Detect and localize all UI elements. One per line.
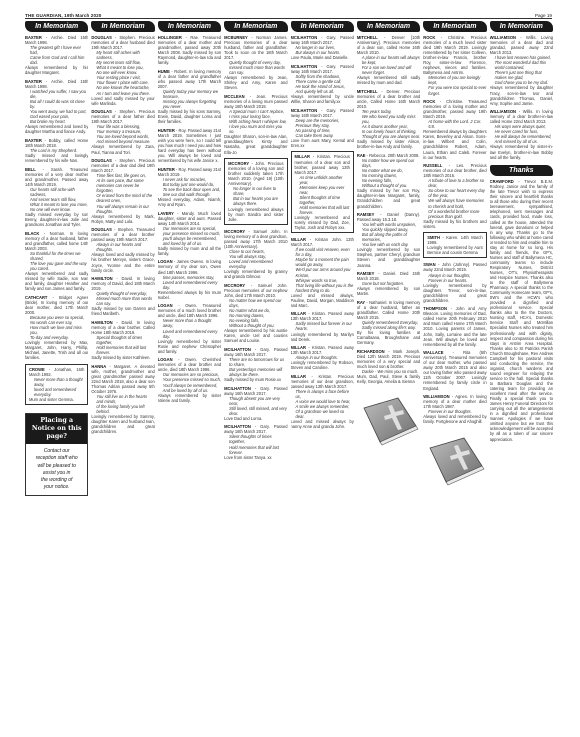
notice-verse: Time flies fast, life goes on, At its ow… <box>91 173 154 213</box>
notice-verse: Special thoughts of times together, Hold… <box>91 335 154 355</box>
notice-signature: By his loving families at Carnaltaana, B… <box>357 330 420 345</box>
memorial-notice: LOGAN - Owen. Treasured memories of a mu… <box>158 303 221 353</box>
notice-text: - Christine. Precious memories of a much… <box>423 35 486 75</box>
memorial-notice: WILLIAMSON - Agnes. In loving memory of … <box>423 394 486 424</box>
memorial-notice: MCILHATTON - Gary. Passed away 16th Marc… <box>224 347 287 382</box>
column-2: In MemoriamDOUGLAS - Stephen. Precious m… <box>91 21 154 731</box>
column-7: In MemoriamROCK - Christine. Precious me… <box>423 21 486 731</box>
notice-verse: Quietly thought of every day, missed muc… <box>224 60 287 75</box>
bible-icon <box>358 396 420 446</box>
notice-signature: Lovingly remembered by granny and granda… <box>224 269 287 279</box>
memorial-notice: LOGAN - Owen. Cherished memories of a de… <box>158 357 221 402</box>
notice-signature: Loved and missed always by nanny Anne an… <box>291 419 354 429</box>
notice-verse: I never ask for miracles, But today just… <box>158 177 221 197</box>
notice-verse: You left with words unspoken, You quickl… <box>357 222 420 247</box>
notice-signature: Lovingly remembered by Robson, Steven an… <box>291 360 354 370</box>
memorial-notice: HUNTER - Roy. Passed away 21st March 201… <box>158 167 221 207</box>
notice-verse: I have lost Heaven has gained, The most … <box>490 55 553 85</box>
memorial-notice: SMITH - Karen. 14th March 1998.Lovingly … <box>423 232 486 258</box>
memorial-notice: MCILHATTON - Gary. Passed away 16th Marc… <box>291 64 354 104</box>
column-8: In MemoriamWILLIAMSON - Willis. Loving m… <box>490 21 553 731</box>
notice-verse: At home with the Lord. 2 Cor. 5:8. <box>423 119 486 129</box>
notice-text: - Rae. Treasured memories of a dear moth… <box>158 35 221 65</box>
memorial-notice: HUME - Robert. In loving memory of a dea… <box>158 69 221 125</box>
section-heading-in-memoriam: In Memoriam <box>224 21 287 32</box>
memorial-notice: HANNA - Margaret. A devoted wife, mother… <box>91 364 154 435</box>
memorial-notice: BAXTER - Bobby, called Home 18th March 2… <box>25 138 88 163</box>
notice-signature: Always remembered and sadly missed by wi… <box>25 271 88 291</box>
notice-signature: Lovingly remembered by Aunt Bernice and … <box>427 245 482 255</box>
notice-signature: Mum and sister Gemma. <box>29 397 84 402</box>
header-rule <box>25 18 552 19</box>
notice-signature: Love from sister Tanya. xx <box>224 455 287 460</box>
notice-verse: Our hearts still ache with sadness, And … <box>25 187 88 212</box>
memorial-notice: CRAWFORD - Trevor B.E.M. Rodney, Janice … <box>490 179 553 441</box>
notice-signature: Missed everyday, Adam, Niamh, Amy and Ry… <box>158 197 221 207</box>
bible-illustration <box>423 436 486 486</box>
memorial-notice: MCILHATTON - Gary. Passed away 16th Marc… <box>224 386 287 421</box>
memorial-notice: DOUGLAS - Stephen. Precious memories of … <box>91 158 154 224</box>
notice-verse: Our memories are so precious, Your prese… <box>158 372 221 392</box>
notice-signature: Love Paula, Marie and Danielle. <box>291 55 354 60</box>
notice-verse: I watched you suffer, I saw you die, But… <box>25 89 88 124</box>
memorial-notice: MCCRORY - Samuel John. In loving memory … <box>224 229 287 279</box>
notice-verse: Sadly missed but forever in our hearts. <box>291 321 354 331</box>
notice-verse: As time unfolds another year, Memories k… <box>295 175 350 215</box>
memorial-notice: SWAN - John (Johnny). Passed away 22nd M… <box>423 262 486 302</box>
memorial-notice: HAMILTON - David. In loving memory of Da… <box>91 276 154 316</box>
bible-icon <box>424 436 486 486</box>
section-heading-in-memoriam: In Memoriam <box>91 21 154 32</box>
notice-signature: Sadly missed by mum Rosie.xx <box>224 377 287 382</box>
memorial-notice: MCILHATTON - Gary. Passed away 16th Marc… <box>291 108 354 148</box>
memorial-notice: RUSSELL - Les. Precious memories of our … <box>423 163 486 229</box>
notice-verse: Though absent you are very near, Still l… <box>224 396 287 416</box>
notice-verse: There are no tomorrows for us to share, … <box>224 357 287 377</box>
notice-signature: Lovingly remembered by Sammy, daughter K… <box>91 414 154 434</box>
notice-verse: A Special mum I can't replace, I miss yo… <box>224 109 287 134</box>
notice-signature: Lovingly remembered always by mum Sandra… <box>228 207 283 222</box>
notice-verse: Your life was a blessing, Your memory a … <box>91 124 154 144</box>
notice-verse: No matter how we spend our days, No matt… <box>224 298 287 328</box>
notice-signature: Lovingly remembered by son Stephen, part… <box>357 247 420 267</box>
notice-signature: Daughter Sharon, son-in-law Alan, grandd… <box>224 134 287 154</box>
notice-verse: Never more than a thought away, Loved an… <box>158 318 221 338</box>
column-4: In MemoriamMCBURNEY - Norman James. Prec… <box>224 21 287 731</box>
notice-verse: Never more than a thought away, loved an… <box>29 377 84 397</box>
notice-signature: Always remembered by Mark, Robyn, Matty … <box>91 214 154 224</box>
memorial-notice: HUNTER - Roy. Passed away 21st March 201… <box>158 128 221 163</box>
memorial-notice: MCBURNEY - Norman James. Precious memori… <box>224 35 287 91</box>
notice-signature: Sadly missed by his sons Sammy, Erwin, D… <box>158 109 221 124</box>
notice-text: - Margaret. A devoted wife, mother, gran… <box>91 364 154 394</box>
memorial-notice: RAMSEY - Daniel (Danny). Passed away 15.… <box>357 212 420 268</box>
notice-verse: No longer in our lives to share, But in … <box>228 186 283 206</box>
column-5: In MemoriamMCILHATTON - Gary. Passed awa… <box>291 21 354 731</box>
notice-signature: Sadly missed everyday by son Benny, daug… <box>25 212 88 227</box>
notice-verse: Silent thoughts of times together, Hold … <box>224 434 287 454</box>
notice-verse: The greatest gift I have ever had, Came … <box>25 45 88 65</box>
notice-verse: No longer in our lives, But always in ou… <box>291 45 354 55</box>
memorial-notice: MILLAR - Kristan John. 13th March 2017.I… <box>291 237 354 308</box>
notice-verse: Our memories are so special, your presen… <box>158 226 221 246</box>
notice-signature: Always remembered by Zara, Paul, Tianna … <box>91 144 154 154</box>
memorial-notice: LAVERY - Mandy. Much loved daughter, sis… <box>158 211 221 256</box>
memorial-notice: RAE - Rebecca. 20th March 2008.No matter… <box>357 153 420 209</box>
notice-verse: Quietly thought of everyday, Missed much… <box>91 291 154 306</box>
memorial-notice: MILLAR - Kristan. Precious memories of a… <box>291 151 354 233</box>
memorial-notice: BAXTER - Archie. Died 15th March 1998.Th… <box>25 35 88 75</box>
bible-illustration <box>357 396 420 446</box>
notice-signature: Loved and missed always, Pauline, David,… <box>291 293 354 308</box>
notice-signature: Lovingly remembered by daughters Trevor,… <box>423 283 486 303</box>
section-heading-in-memoriam: In Memoriam <box>158 21 221 32</box>
notice-signature: Sadly missed and lovingly remembered by … <box>25 153 88 163</box>
memorial-notice: CATHCART - Bridget Agnes (Bride). In lov… <box>25 295 88 361</box>
memorial-notice: THOMPSON - John and Amy Bleacon. Loving … <box>423 306 486 346</box>
notice-text: - Roy. Passed away 21st March 2019. Some… <box>158 128 221 163</box>
memorial-notice: MILLAR - Kristan. Passed away 13th March… <box>291 345 354 370</box>
notice-text: - Trevor B.E.M. Rodney, Janice and the f… <box>490 179 553 441</box>
notice-signature: Always remembered by sister Valerie and … <box>158 393 221 403</box>
notice-signature: Always remembered and loved by daughter … <box>25 124 88 134</box>
memorial-notice: MCILHATTON - Gary. Passed away 16th Marc… <box>224 424 287 459</box>
column-3: In MemoriamHOLLINGER - Rae. Treasured me… <box>158 21 221 731</box>
section-heading-in-memoriam: In Memoriam <box>423 21 486 32</box>
notice-verse: Always in our thoughts, Forever in our h… <box>423 273 486 283</box>
notice-signature: Remembered always by his mum Isobel. <box>158 290 221 300</box>
notice-verse: Close to our hearts, You will always sta… <box>224 249 287 269</box>
memorial-notice: HAMILTON - David. In loving memory of a … <box>91 320 154 360</box>
notice-signature: Sadly missed by sister Alison, brother-i… <box>357 139 420 149</box>
section-heading-thanks: Thanks <box>490 165 553 176</box>
memorial-notice: RAMSEY - Daniel. Died 15th March 2018.Go… <box>357 271 420 296</box>
placing-notice-heading: Placing a Notice on this page? <box>26 414 87 444</box>
notice-signature: Sadly missed by his brothers and sisters… <box>423 219 486 229</box>
notice-verse: You still live on in the hearts and mind… <box>91 394 154 414</box>
memorial-notice: WALLACE - Rita (5th Anniversary). Treasu… <box>423 350 486 390</box>
column-6: In MemoriamMITCHELL - Denver [10th Anniv… <box>357 21 420 731</box>
memorial-notice: WILLIAMSON - Willis. Loving memories of … <box>490 35 553 106</box>
memorial-notice: BAXTER - Archie. Died 15th March 1998.I … <box>25 79 88 135</box>
notice-verse: No matter how we spend our days, No matt… <box>357 158 420 188</box>
section-heading-in-memoriam: In Memoriam <box>291 21 354 32</box>
notice-signature: Love from aunt Mary, Kemal and Eren.xx <box>291 138 354 148</box>
memorial-notice: MITCHELL - Denver. Precious memories of … <box>357 89 420 150</box>
memorial-notice: DOUGLAS - Stephen. Precious memories of … <box>91 35 154 106</box>
memorial-notice: RAY - Nathaniel. In loving memory of a d… <box>357 300 420 345</box>
section-heading-in-memoriam: In Memoriam <box>357 21 420 32</box>
notice-signature: Always remembered by Jean, Shirley and A… <box>224 75 287 90</box>
memorial-notice: BELL - Sarah. Treasured memories of a ve… <box>25 167 88 228</box>
notice-signature: Always remembered by his daughter Margar… <box>25 65 88 75</box>
notice-text: - Rita (5th Anniversary). Treasured memo… <box>423 350 486 390</box>
notice-signature: Lovingly remembered and sorely missed by… <box>295 215 350 230</box>
memorial-notice: HOLLINGER - Rae. Treasured memories of a… <box>158 35 221 65</box>
notice-signature: Lovingly remembered by Max, Margaret, Jo… <box>25 340 88 360</box>
memorial-notice: MITCHELL - Denver [10th Anniversary]. Pr… <box>357 35 420 85</box>
notice-signature: Always remembered by uncle Willie, Sharo… <box>291 94 354 104</box>
memorial-notice: MCCLEAN - Jean. Precious memories of a l… <box>224 94 287 155</box>
notice-verse: Memories of you are lovingly kept, For y… <box>423 75 486 95</box>
memorial-notice: LOGAN - James Owens. In loving memory of… <box>158 259 221 299</box>
notice-verse: A tribute of love to a brother so dear, … <box>423 178 486 218</box>
notice-signature: Sadly missed by her son Roy, daughter-in… <box>357 188 420 208</box>
notices-columns: In MemoriamBAXTER - Archie. Died 15th Ma… <box>25 21 553 731</box>
notice-signature: Sadly missed by son Darren and friend Ma… <box>91 306 154 316</box>
notice-signature: Always remembered by son Martin. <box>357 286 420 296</box>
notice-text: - John and Amy Bleacon. Loving memories … <box>423 306 486 346</box>
memorial-notice: ROCK - Christine. Treasured memories of … <box>423 99 486 160</box>
memorial-notice: BLACK - Norman. In loving memory of a de… <box>25 231 88 292</box>
notice-verse: time passes, memories stay, Loved and re… <box>158 275 221 290</box>
notice-verse: If we could visit Heaven, even for a day… <box>291 247 354 292</box>
notice-verse: Because you were so special, No words ca… <box>25 315 88 340</box>
notice-signature: Sadly missed by sister Kathleen. <box>91 355 154 360</box>
notice-signature: Always remembered by sister-in-law Evely… <box>490 144 553 159</box>
notice-signature: Always loved and sadly missed by his bro… <box>91 252 154 272</box>
memorial-notice: CROWE - Jonathan, 16th March 1992.Never … <box>25 364 88 405</box>
section-heading-in-memoriam: In Memoriam <box>490 21 553 32</box>
memorial-notice: DOUGLAS - Stephen. Precious memories of … <box>91 109 154 154</box>
notice-verse: Always in our hearts and thoughts. <box>91 242 154 252</box>
notice-verse: There is always a face before us, A voic… <box>291 389 354 419</box>
notice-verse: Softly from the shadows, There came a ge… <box>291 74 354 94</box>
memorial-notice: WILLIAMSON - Willis. In loving memory of… <box>490 109 553 159</box>
notice-verse: His ways were always quiet, He never car… <box>490 124 553 144</box>
masthead: THE GUARDIAN, 19th March 2020 Page 19 <box>25 8 552 18</box>
memorial-notice: MCILHATTON - Gary. Passed away 16th Marc… <box>291 35 354 60</box>
notice-signature: Always remembered by daughter Tracy, son… <box>490 85 553 105</box>
memorial-notice: DOUGLAS - Stephen. Treasured memories of… <box>91 227 154 272</box>
memorial-notice: MILLAR - Kristan. Precious memories of o… <box>291 374 354 430</box>
notice-signature: Lovingly remembered by sister Rosie and … <box>158 339 221 354</box>
notice-signature: Sadly missed by mum and all the family. <box>158 246 221 256</box>
notice-verse: A place in our hearts will always be kep… <box>357 55 420 75</box>
notice-verse: Deep are the memories, Precious they sta… <box>291 118 354 138</box>
notice-text: - Nathaniel. In loving memory of a dear … <box>357 300 420 320</box>
placing-notice-body: Contact our reception staff who will be … <box>26 444 87 495</box>
notice-signature: Always remembered by his auntie Karen, u… <box>224 328 287 343</box>
notice-verse: Quietly today your memory we treasure, m… <box>158 89 221 109</box>
notice-signature: Mum, Dad, Paul, Steve & family Kelly, Ge… <box>357 374 420 384</box>
notice-signature: Always loved and remembered by family. P… <box>423 414 486 424</box>
notice-signature: Love Dad and Lorna. <box>224 416 287 421</box>
memorial-notice: MCCRORY - Samuel John. Precious memories… <box>224 283 287 344</box>
placing-notice-box: Placing a Notice on this page?Contact ou… <box>25 413 88 496</box>
notice-signature: Lovingly remembered by Marilyn and Derek… <box>291 332 354 342</box>
memorial-notice: ROCK - Christine. Precious memories of a… <box>423 35 486 96</box>
notice-verse: Ten years today, We who loved you sadly … <box>357 109 420 139</box>
column-1: In MemoriamBAXTER - Archie. Died 15th Ma… <box>25 21 88 731</box>
memorial-notice: MILLAR - Kristan. Passed away 13th March… <box>291 311 354 341</box>
memorial-notice: MCCRORY - John. Precious memories of a l… <box>224 158 287 225</box>
notice-signature: Remembered always by daughters Karen, Be… <box>423 129 486 159</box>
notice-signature: Always remembered still sadly missed by … <box>357 75 420 85</box>
notice-verse: Quietly remembered Everyday, Sadly misse… <box>357 320 420 330</box>
memorial-notice: RICHARDSON - Mark Joseph. Died 12th Marc… <box>357 349 420 384</box>
section-heading-in-memoriam: In Memoriam <box>25 21 88 32</box>
notice-verse: So thankful for the times we shared, The… <box>25 251 88 271</box>
notice-signature: Loved and sadly missed by your wife Marl… <box>91 96 154 106</box>
notice-verse: My heart still aches with sadness, My se… <box>91 50 154 95</box>
